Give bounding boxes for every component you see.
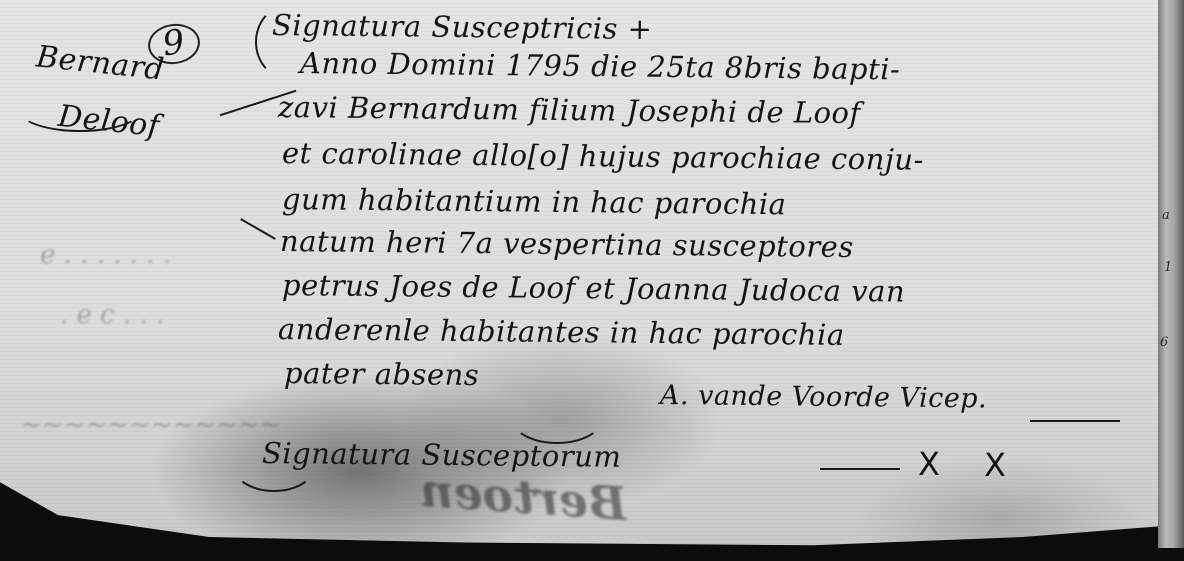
priest-signature: A. vande Voorde Vicep. [660,380,987,414]
gutter-mark: 6 [1160,335,1168,350]
footer-line: Signatura Susceptorum [262,436,622,474]
ghost-text: e . . . . . . . [40,240,171,270]
body-line-8: pater absens [284,356,480,392]
body-line-3: et carolinae allo[o] hujus parochiae con… [282,136,924,177]
signature-flourish [510,390,604,444]
godparent-mark-2: X [984,446,1006,484]
document-scan: a 6 1 e . . . . . . . . e c . . . ~~~~~~… [0,0,1184,561]
gutter-mark: a [1162,208,1170,223]
margin-flourish [18,88,142,132]
footer-flourish [232,438,316,492]
signature-underline [1030,420,1120,422]
ghost-text: ~~~~~~~~~~~~ [20,410,281,440]
body-line-4: gum habitantium in hac parochia [282,182,787,221]
godparent-mark-1: X [918,445,940,483]
gutter-mark: 1 [1164,260,1172,275]
footer-underline [820,468,900,470]
ghost-text: . e c . . . [60,300,164,330]
header-line: Signatura Susceptricis + [272,8,653,46]
body-line-5: natum heri 7a vespertina susceptores [280,224,854,264]
body-line-1: Anno Domini 1795 die 25ta 8bris bapti- [300,46,901,86]
body-line-7: anderenle habitantes in hac parochia [278,312,845,352]
page-gutter: a 6 1 [1158,0,1184,548]
body-line-6: petrus Joes de Loof et Joanna Judoca van [282,268,905,309]
body-line-2: zavi Bernardum filium Josephi de Loof [278,90,861,130]
